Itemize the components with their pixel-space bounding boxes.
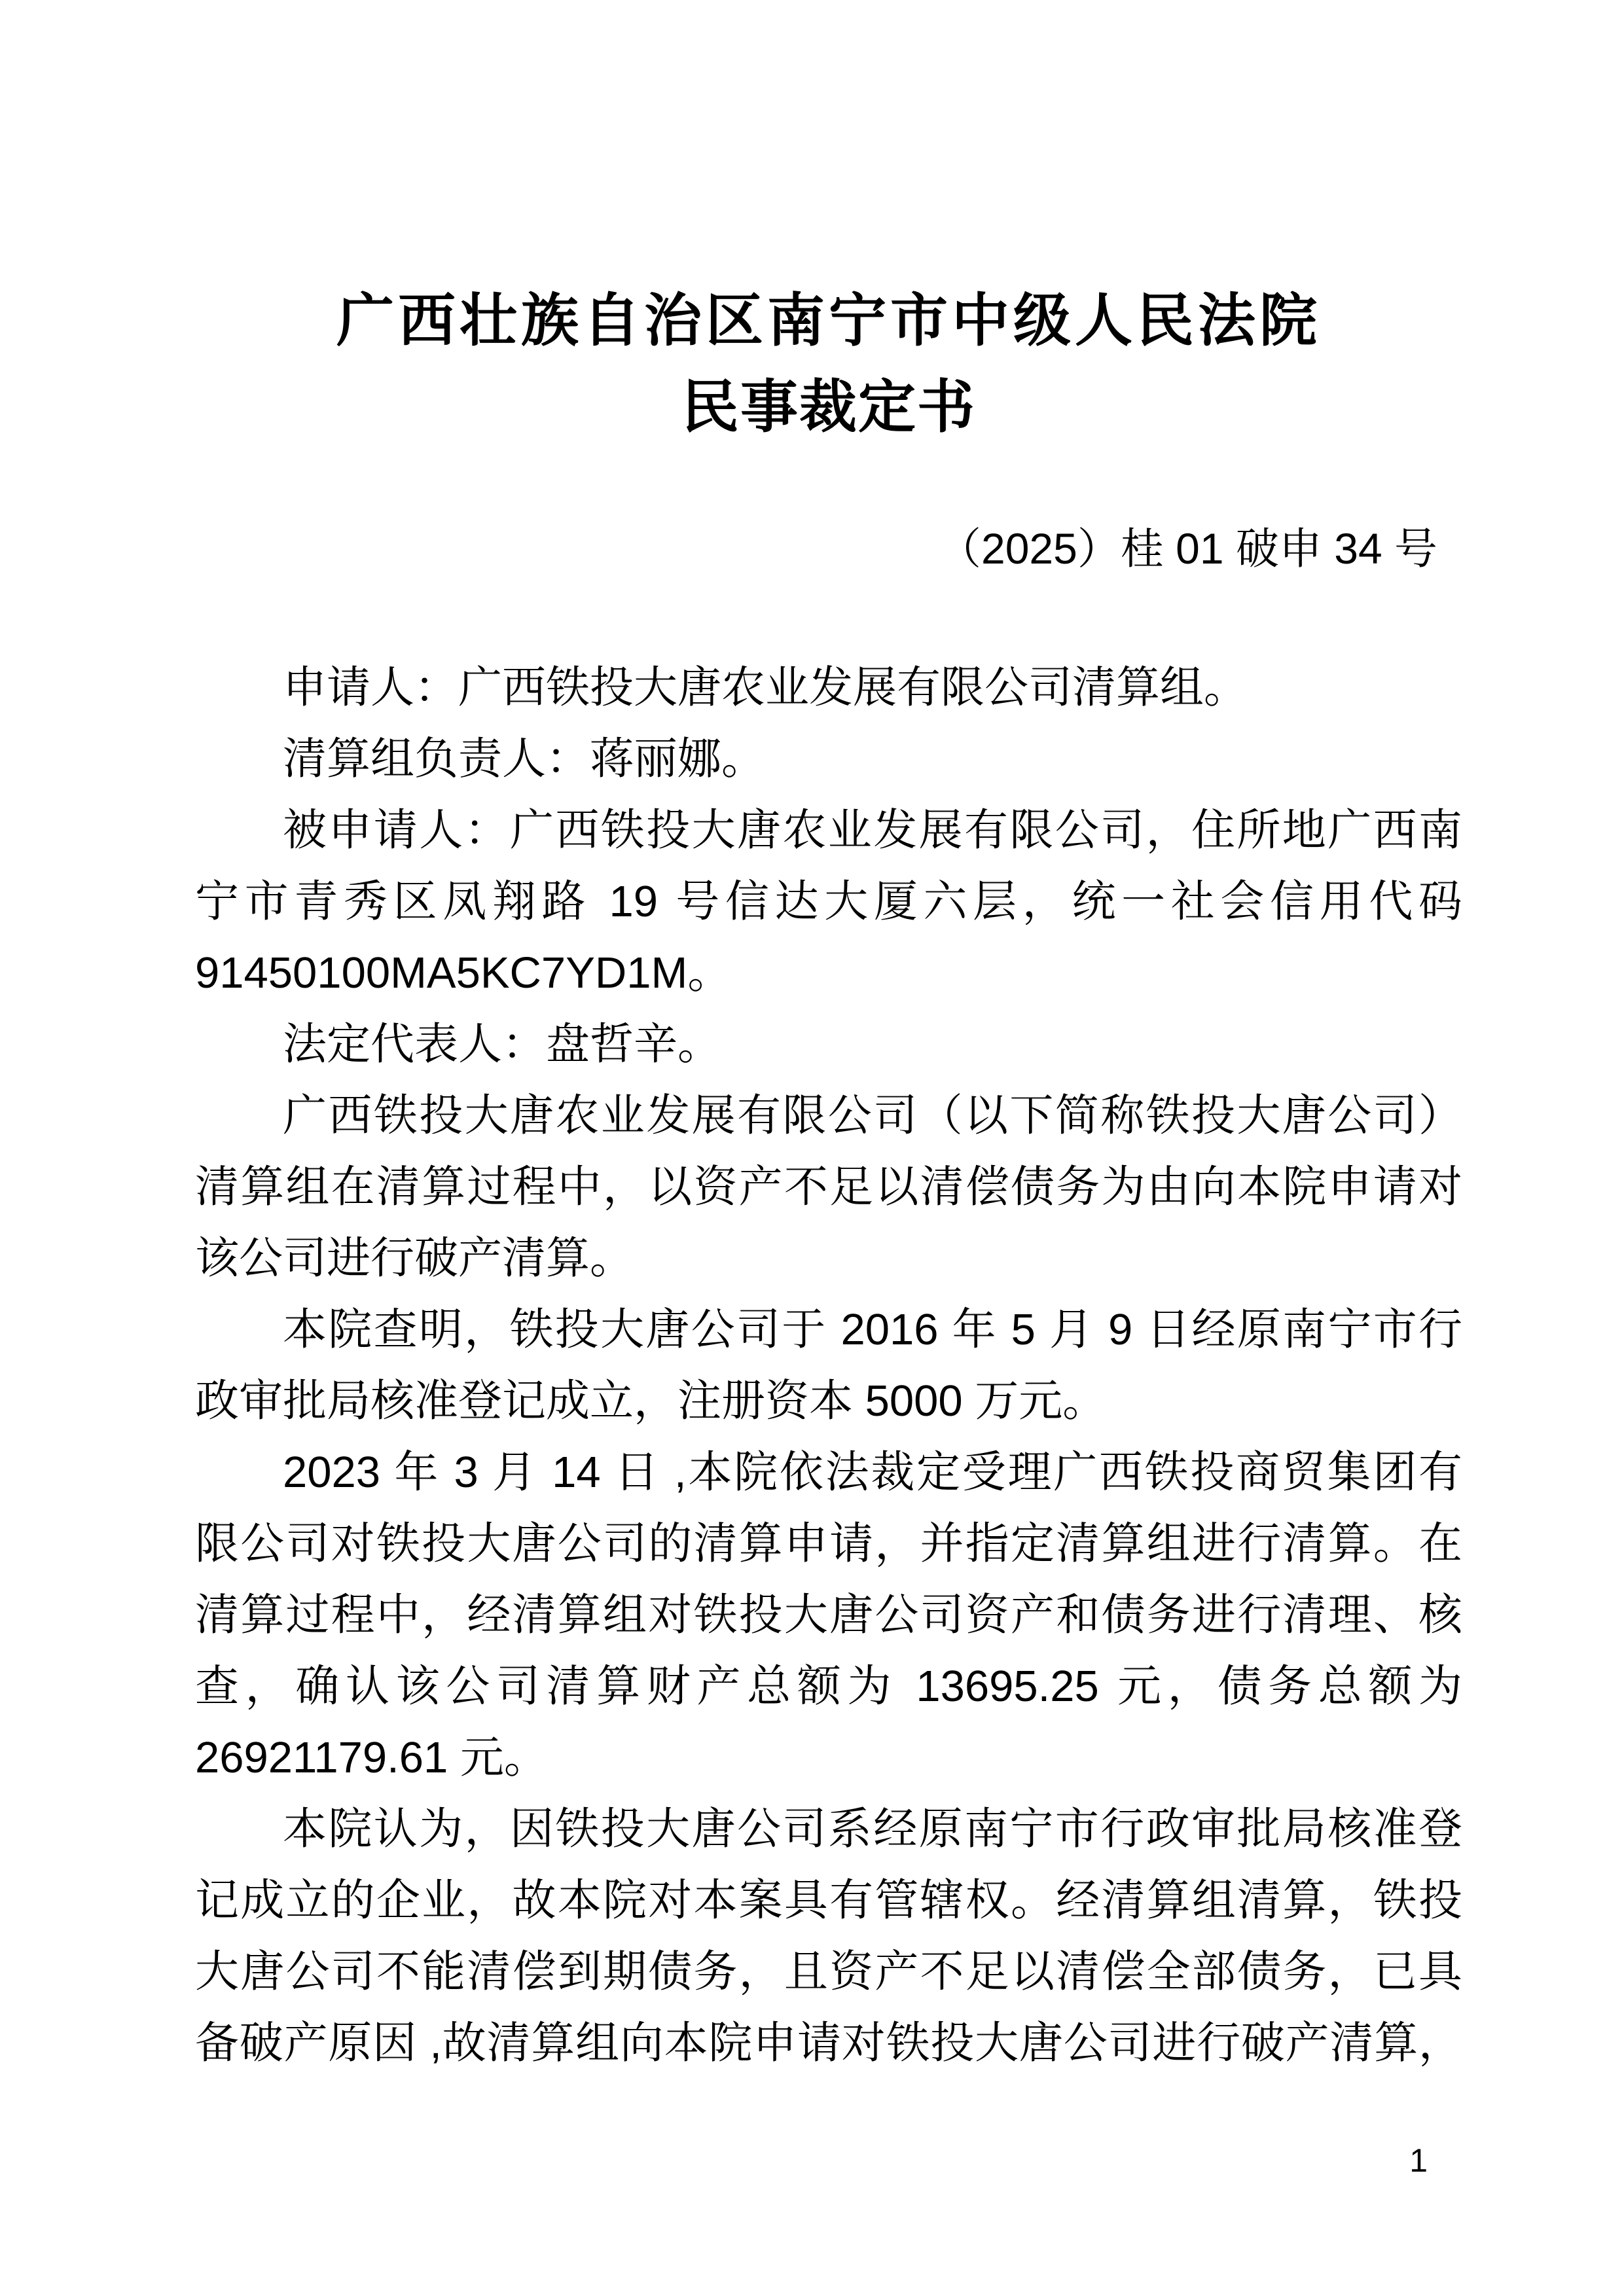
case-number: （2025）桂 01 破申 34 号 — [195, 516, 1462, 581]
body-line: 被申请人：广西铁投大唐农业发展有限公司，住所地广西南 — [195, 795, 1462, 866]
body-line: 91450100MA5KC7YD1M。 — [195, 937, 1462, 1009]
body-line: 该公司进行破产清算。 — [195, 1223, 1462, 1294]
body-line: 大唐公司不能清偿到期债务，且资产不足以清偿全部债务，已具 — [195, 1936, 1462, 2007]
body-line: 本院查明，铁投大唐公司于 2016 年 5 月 9 日经原南宁市行 — [195, 1294, 1462, 1365]
body-line: 26921179.61 元。 — [195, 1722, 1462, 1793]
document-type-title: 民事裁定书 — [195, 369, 1462, 448]
document-content: 广西壮族自治区南宁市中级人民法院 民事裁定书 （2025）桂 01 破申 34 … — [195, 283, 1462, 2079]
body-line: 备破产原因 ,故清算组向本院申请对铁投大唐公司进行破产清算， — [195, 2007, 1462, 2079]
body-line: 记成立的企业，故本院对本案具有管辖权。经清算组清算，铁投 — [195, 1865, 1462, 1936]
body-line: 申请人：广西铁投大唐农业发展有限公司清算组。 — [195, 652, 1462, 723]
body-line: 清算组负责人：蒋丽娜。 — [195, 723, 1462, 795]
document-body: 申请人：广西铁投大唐农业发展有限公司清算组。 清算组负责人：蒋丽娜。 被申请人：… — [195, 652, 1462, 2079]
body-line: 本院认为，因铁投大唐公司系经原南宁市行政审批局核准登 — [195, 1793, 1462, 1865]
body-line: 查，确认该公司清算财产总额为 13695.25 元，债务总额为 — [195, 1651, 1462, 1722]
body-line: 清算组在清算过程中，以资产不足以清偿债务为由向本院申请对 — [195, 1151, 1462, 1223]
body-line: 法定代表人：盘哲辛。 — [195, 1009, 1462, 1080]
body-line: 宁市青秀区凤翔路 19 号信达大厦六层，统一社会信用代码 — [195, 866, 1462, 937]
body-line: 广西铁投大唐农业发展有限公司（以下简称铁投大唐公司） — [195, 1080, 1462, 1151]
body-line: 清算过程中，经清算组对铁投大唐公司资产和债务进行清理、核 — [195, 1579, 1462, 1651]
body-line: 限公司对铁投大唐公司的清算申请，并指定清算组进行清算。在 — [195, 1508, 1462, 1579]
court-name-title: 广西壮族自治区南宁市中级人民法院 — [195, 283, 1462, 361]
body-line: 2023 年 3 月 14 日 ,本院依法裁定受理广西铁投商贸集团有 — [195, 1437, 1462, 1508]
page-number: 1 — [1409, 2144, 1428, 2177]
document-page: 广西壮族自治区南宁市中级人民法院 民事裁定书 （2025）桂 01 破申 34 … — [0, 0, 1624, 2296]
body-line: 政审批局核准登记成立，注册资本 5000 万元。 — [195, 1365, 1462, 1437]
